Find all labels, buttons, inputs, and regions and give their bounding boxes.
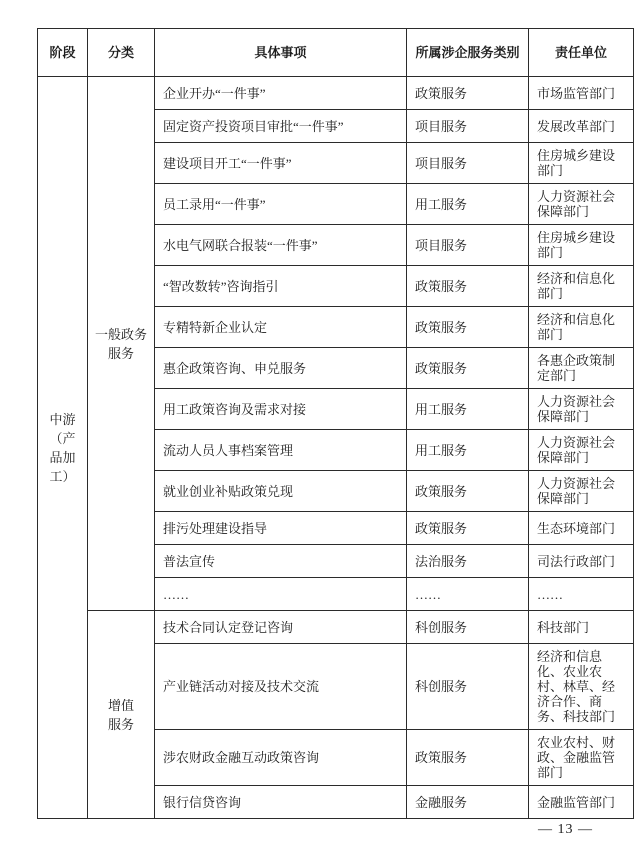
stage-cell: 中游 （产 品加 工） <box>38 77 88 819</box>
service-type-cell: 科创服务 <box>407 611 529 644</box>
service-type-cell: 项目服务 <box>407 110 529 143</box>
item-cell: 流动人员人事档案管理 <box>155 430 407 471</box>
unit-cell: 市场监管部门 <box>529 77 634 110</box>
service-type-cell: 政策服务 <box>407 266 529 307</box>
item-cell: 固定资产投资项目审批“一件事” <box>155 110 407 143</box>
unit-cell: …… <box>529 578 634 611</box>
item-cell: 普法宣传 <box>155 545 407 578</box>
service-type-cell: 用工服务 <box>407 430 529 471</box>
unit-cell: 经济和信息化部门 <box>529 266 634 307</box>
item-cell: …… <box>155 578 407 611</box>
unit-cell: 科技部门 <box>529 611 634 644</box>
unit-cell: 人力资源社会保障部门 <box>529 184 634 225</box>
item-cell: 员工录用“一件事” <box>155 184 407 225</box>
item-cell: 建设项目开工“一件事” <box>155 143 407 184</box>
table-row: 增值 服务技术合同认定登记咨询科创服务科技部门 <box>38 611 634 644</box>
header-cell-service-type: 所属涉企服务类别 <box>407 29 529 77</box>
unit-cell: 金融监管部门 <box>529 786 634 819</box>
category-cell: 增值 服务 <box>88 611 155 819</box>
item-cell: 用工政策咨询及需求对接 <box>155 389 407 430</box>
item-cell: 惠企政策咨询、申兑服务 <box>155 348 407 389</box>
unit-cell: 经济和信息化、农业农村、林草、经济合作、商务、科技部门 <box>529 644 634 730</box>
service-type-cell: 政策服务 <box>407 307 529 348</box>
header-cell-unit: 责任单位 <box>529 29 634 77</box>
item-cell: 就业创业补贴政策兑现 <box>155 471 407 512</box>
service-type-cell: 科创服务 <box>407 644 529 730</box>
document-page: 阶段 分类 具体事项 所属涉企服务类别 责任单位 中游 （产 品加 工）一般政务… <box>0 0 639 858</box>
item-cell: 企业开办“一件事” <box>155 77 407 110</box>
table-row: 中游 （产 品加 工）一般政务 服务企业开办“一件事”政策服务市场监管部门 <box>38 77 634 110</box>
header-cell-category: 分类 <box>88 29 155 77</box>
unit-cell: 经济和信息化部门 <box>529 307 634 348</box>
service-type-cell: 法治服务 <box>407 545 529 578</box>
page-number: — 13 — <box>538 822 593 838</box>
service-type-cell: 项目服务 <box>407 143 529 184</box>
service-type-cell: 金融服务 <box>407 786 529 819</box>
service-type-cell: 用工服务 <box>407 184 529 225</box>
unit-cell: 司法行政部门 <box>529 545 634 578</box>
item-cell: 银行信贷咨询 <box>155 786 407 819</box>
item-cell: 专精特新企业认定 <box>155 307 407 348</box>
unit-cell: 生态环境部门 <box>529 512 634 545</box>
service-type-cell: 用工服务 <box>407 389 529 430</box>
item-cell: 水电气网联合报装“一件事” <box>155 225 407 266</box>
unit-cell: 住房城乡建设部门 <box>529 143 634 184</box>
item-cell: 产业链活动对接及技术交流 <box>155 644 407 730</box>
service-type-cell: 政策服务 <box>407 77 529 110</box>
unit-cell: 人力资源社会保障部门 <box>529 430 634 471</box>
unit-cell: 人力资源社会保障部门 <box>529 389 634 430</box>
service-type-cell: 项目服务 <box>407 225 529 266</box>
header-cell-stage: 阶段 <box>38 29 88 77</box>
service-type-cell: …… <box>407 578 529 611</box>
unit-cell: 发展改革部门 <box>529 110 634 143</box>
item-cell: 涉农财政金融互动政策咨询 <box>155 730 407 786</box>
unit-cell: 人力资源社会保障部门 <box>529 471 634 512</box>
service-type-cell: 政策服务 <box>407 348 529 389</box>
category-cell: 一般政务 服务 <box>88 77 155 611</box>
unit-cell: 各惠企政策制定部门 <box>529 348 634 389</box>
item-cell: “智改数转”咨询指引 <box>155 266 407 307</box>
service-type-cell: 政策服务 <box>407 512 529 545</box>
item-cell: 排污处理建设指导 <box>155 512 407 545</box>
service-type-cell: 政策服务 <box>407 730 529 786</box>
header-row: 阶段 分类 具体事项 所属涉企服务类别 责任单位 <box>38 29 634 77</box>
unit-cell: 住房城乡建设部门 <box>529 225 634 266</box>
unit-cell: 农业农村、财政、金融监管部门 <box>529 730 634 786</box>
item-cell: 技术合同认定登记咨询 <box>155 611 407 644</box>
header-cell-item: 具体事项 <box>155 29 407 77</box>
service-type-cell: 政策服务 <box>407 471 529 512</box>
service-matrix-table: 阶段 分类 具体事项 所属涉企服务类别 责任单位 中游 （产 品加 工）一般政务… <box>37 28 634 819</box>
